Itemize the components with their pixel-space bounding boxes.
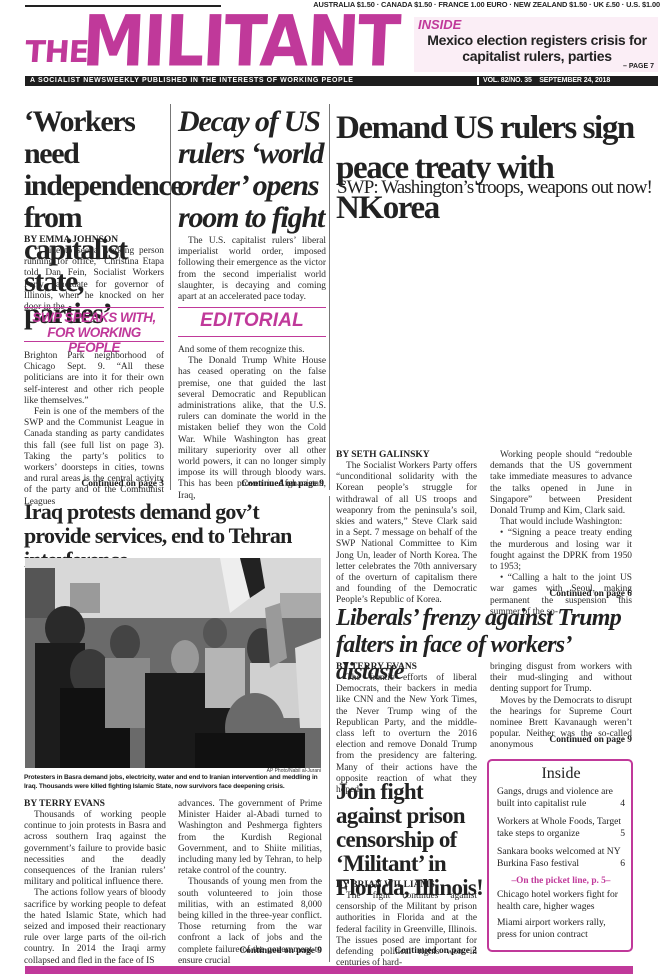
logo-militant: MILITANT: [81, 6, 401, 77]
paragraph: The Socialist Workers Party offers “unco…: [336, 461, 477, 607]
inside-item-text: Workers at Whole Foods, Target take step…: [497, 816, 621, 839]
paragraph: advances. The government of Prime Minist…: [178, 799, 322, 877]
inside-item[interactable]: Gangs, drugs and violence are built into…: [497, 786, 625, 810]
paragraph: The U.S. capitalist rulers’ liberal impe…: [178, 236, 326, 303]
article-body: Thousands of working people continue to …: [24, 810, 166, 967]
logo-the: THE: [24, 38, 89, 68]
inside-item-page: 5: [620, 828, 625, 840]
picket-item[interactable]: Miami airport workers rally, press for u…: [497, 917, 625, 941]
subheadline-korea: SWP: Washington’s troops, weapons out no…: [337, 178, 662, 198]
paragraph: “I like to see a working person running …: [24, 246, 164, 313]
article-body: advances. The government of Prime Minist…: [178, 799, 322, 967]
tagline: A SOCIALIST NEWSWEEKLY PUBLISHED IN THE …: [30, 77, 353, 85]
inside-item-page: 4: [620, 798, 625, 810]
paragraph: Thousands of working people continue to …: [24, 810, 166, 888]
paragraph: Brighton Park neighborhood of Chicago Se…: [24, 351, 164, 407]
photo-caption: Protesters in Basra demand jobs, electri…: [24, 773, 322, 791]
continued-link[interactable]: Continued on page 6: [490, 589, 632, 600]
paragraph: bringing disgust from workers with their…: [490, 662, 632, 696]
inside-teaser-headline[interactable]: Mexico election registers crisis for cap…: [420, 32, 654, 64]
inside-teaser-page: – PAGE 7: [560, 63, 654, 70]
article-body: The fight continues against censorship o…: [336, 891, 477, 969]
article-body: The frantic efforts of liberal Democrats…: [336, 673, 477, 796]
byline: BY TERRY EVANS: [336, 662, 417, 673]
bottom-accent-bar: [25, 966, 633, 974]
article-body: The U.S. capitalist rulers’ liberal impe…: [178, 236, 326, 303]
protest-photo-image: [25, 558, 321, 768]
issue-info: VOL. 82/NO. 35 SEPTEMBER 24, 2018: [483, 77, 610, 85]
inside-item-page: 6: [620, 858, 625, 870]
inside-item-text: Gangs, drugs and violence are built into…: [497, 786, 613, 809]
paragraph: The frantic efforts of liberal Democrats…: [336, 673, 477, 796]
picket-item[interactable]: Chicago hotel workers fight for health c…: [497, 889, 625, 913]
paragraph: The actions follow years of bloody sacri…: [24, 888, 166, 966]
issue-date: SEPTEMBER 24, 2018: [539, 77, 610, 84]
photo-basra-protest: [25, 558, 321, 768]
inside-box-title: Inside: [497, 764, 625, 784]
byline: BY TERRY EVANS: [24, 799, 105, 810]
picket-line-label: –On the picket line, p. 5–: [497, 876, 625, 886]
paragraph: Fein is one of the members of the SWP an…: [24, 407, 164, 508]
byline: BY EMMA JOHNSON: [24, 235, 118, 246]
paragraph: The fight continues against censorship o…: [336, 891, 477, 969]
inside-item[interactable]: Workers at Whole Foods, Target take step…: [497, 816, 625, 840]
column-divider: [170, 104, 171, 490]
article-body: “I like to see a working person running …: [24, 246, 164, 313]
byline: BY SETH GALINSKY: [336, 450, 430, 461]
inside-item-text: Sankara books welcomed at NY Burkina Fas…: [497, 846, 620, 869]
inside-teaser-label: INSIDE: [418, 17, 461, 32]
paragraph: Working people should “redouble demands …: [490, 450, 632, 517]
section-banner-editorial: EDITORIAL: [178, 307, 326, 337]
continued-link[interactable]: Continued on page 9: [178, 946, 322, 957]
section-banner-swp-speaks: SWP SPEAKS WITH, FOR WORKING PEOPLE: [24, 307, 164, 342]
continued-link[interactable]: Continued on page 9: [178, 479, 324, 490]
inside-item[interactable]: Sankara books welcomed at NY Burkina Fas…: [497, 846, 625, 870]
paragraph: • “Signing a peace treaty ending the mur…: [490, 528, 632, 573]
byline: BY BRIAN WILLIAMS: [336, 880, 435, 891]
continued-link[interactable]: Continued on page 3: [24, 479, 164, 490]
volume-number: VOL. 82/NO. 35: [483, 77, 532, 84]
paragraph: That would include Washington:: [490, 517, 632, 528]
inside-contents-box: Inside Gangs, drugs and violence are bui…: [487, 759, 633, 952]
continued-link[interactable]: Continued on page 2: [336, 946, 477, 957]
continued-link[interactable]: Continued on page 9: [490, 735, 632, 746]
column-divider: [329, 104, 330, 490]
headline-korea-peace-treaty[interactable]: Demand US rulers sign peace treaty with …: [336, 108, 661, 228]
column-divider: [329, 496, 330, 962]
headline-decay-world-order[interactable]: Decay of US rulers ‘world order’ opens r…: [178, 106, 326, 234]
article-body: The Socialist Workers Party offers “unco…: [336, 461, 477, 607]
paragraph: And some of them recognize this.: [178, 345, 326, 356]
